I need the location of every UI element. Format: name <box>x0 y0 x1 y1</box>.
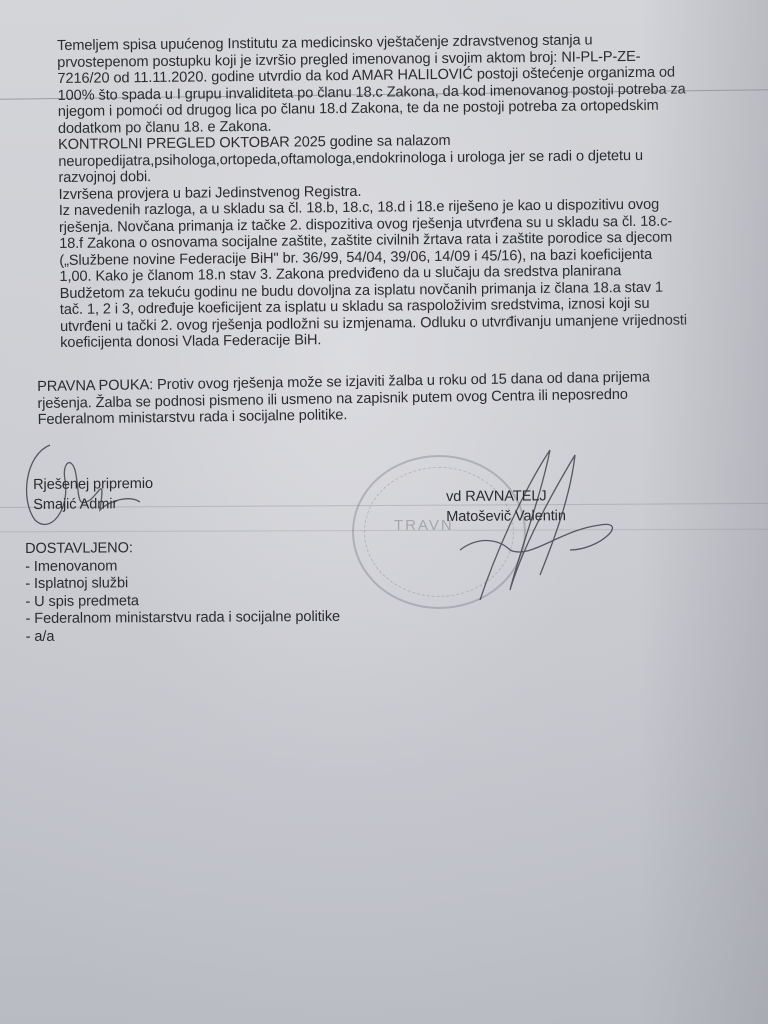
distribution-item: - a/a <box>26 626 341 646</box>
director-block: vd RAVNATELJ Matoševič Valentin <box>446 486 566 527</box>
prepared-by-name: Smajić Admir <box>33 494 153 515</box>
prepared-by-label: Rješenej pripremio <box>33 474 153 495</box>
prepared-by-block: Rješenej pripremio Smajić Admir <box>33 474 153 515</box>
director-title: vd RAVNATELJ <box>446 486 566 507</box>
distribution-item: - Federalnom ministarstvu rada i socijal… <box>25 609 340 629</box>
distribution-list: DOSTAVLJENO: - Imenovanom - Isplatnoj sl… <box>25 539 340 646</box>
distribution-item: - Imenovanom <box>25 556 340 576</box>
document-page: Temeljem spisa upućenog Institutu za med… <box>0 0 768 1024</box>
legal-notice: PRAVNA POUKA: Protiv ovog rješenja može … <box>37 369 651 428</box>
decision-reasoning-text: Temeljem spisa upućenog Institutu za med… <box>57 31 688 351</box>
director-signature <box>400 440 620 620</box>
distribution-item: - Isplatnoj službi <box>25 574 340 594</box>
distribution-item: - U spis predmeta <box>25 591 340 611</box>
distribution-heading: DOSTAVLJENO: <box>25 539 340 559</box>
director-name: Matoševič Valentin <box>446 506 566 527</box>
